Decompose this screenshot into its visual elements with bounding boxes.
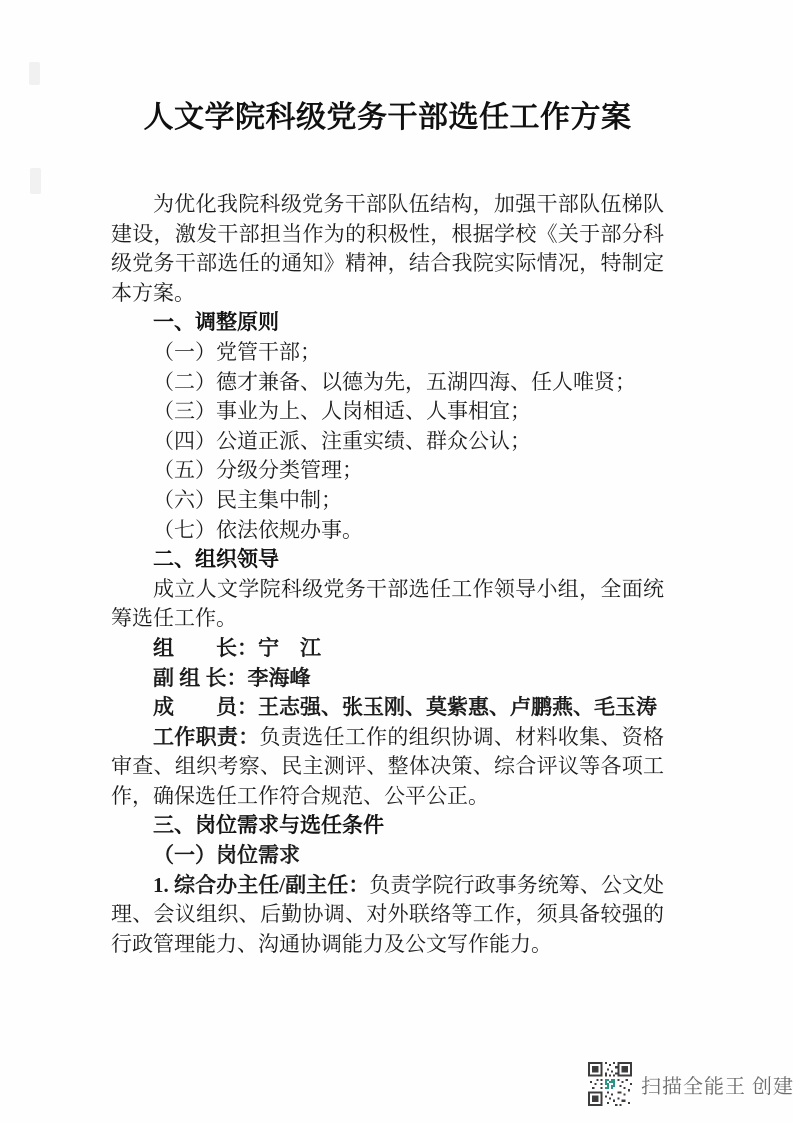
scan-artifact — [29, 62, 40, 85]
section3-subheading: （一）岗位需求 — [111, 841, 664, 871]
principle-item: （三）事业为上、人岗相适、人事相宜； — [111, 397, 664, 427]
principle-item: （二）德才兼备、以德为先，五湖四海、任人唯贤； — [111, 368, 664, 398]
section3-heading: 三、岗位需求与选任条件 — [111, 811, 664, 841]
scanned-document-page: 人文学院科级党务干部选任工作方案 为优化我院科级党务干部队伍结构，加强干部队伍梯… — [0, 0, 793, 1123]
duties-label: 工作职责： — [153, 725, 260, 749]
principle-item: （一）党管干部； — [111, 338, 664, 368]
section2-heading: 二、组织领导 — [111, 545, 664, 575]
camscanner-watermark-text: 扫描全能王 创建 — [641, 1070, 793, 1099]
qr-code-icon — [588, 1062, 632, 1106]
intro-paragraph: 为优化我院科级党务干部队伍结构，加强干部队伍梯队建设，激发干部担当作为的积极性，… — [111, 190, 664, 308]
roster-value: 李海峰 — [248, 666, 311, 690]
roster-line-members: 成 员：王志强、张玉刚、莫紫惠、卢鹏燕、毛玉涛 — [111, 693, 664, 723]
roster-line-leader: 组 长：宁 江 — [111, 634, 664, 664]
duties-paragraph: 工作职责：负责选任工作的组织协调、材料收集、资格审查、组织考察、民主测评、整体决… — [111, 723, 664, 812]
principle-item: （五）分级分类管理； — [111, 456, 664, 486]
principle-item: （七）依法依规办事。 — [111, 516, 664, 546]
roster-label: 成 员： — [153, 695, 258, 719]
principle-item: （四）公道正派、注重实绩、群众公认； — [111, 427, 664, 457]
roster-label: 副 组 长： — [153, 666, 248, 690]
document-title: 人文学院科级党务干部选任工作方案 — [111, 96, 664, 140]
document-body: 人文学院科级党务干部选任工作方案 为优化我院科级党务干部队伍结构，加强干部队伍梯… — [111, 96, 664, 959]
section1-heading: 一、调整原则 — [111, 308, 664, 338]
roster-label: 组 长： — [153, 636, 258, 660]
roster-value: 王志强、张玉刚、莫紫惠、卢鹏燕、毛玉涛 — [258, 695, 657, 719]
section2-intro: 成立人文学院科级党务干部选任工作领导小组，全面统筹选任工作。 — [111, 575, 664, 634]
principle-item: （六）民主集中制； — [111, 486, 664, 516]
position-item-1-label: 1. 综合办主任/副主任： — [153, 873, 369, 897]
roster-line-deputy: 副 组 长：李海峰 — [111, 664, 664, 694]
roster-value: 宁 江 — [258, 636, 321, 660]
camscanner-watermark: 扫描全能王 创建 — [588, 1062, 793, 1106]
position-item-1: 1. 综合办主任/副主任：负责学院行政事务统筹、公文处理、会议组织、后勤协调、对… — [111, 871, 664, 960]
scan-artifact — [30, 168, 41, 194]
